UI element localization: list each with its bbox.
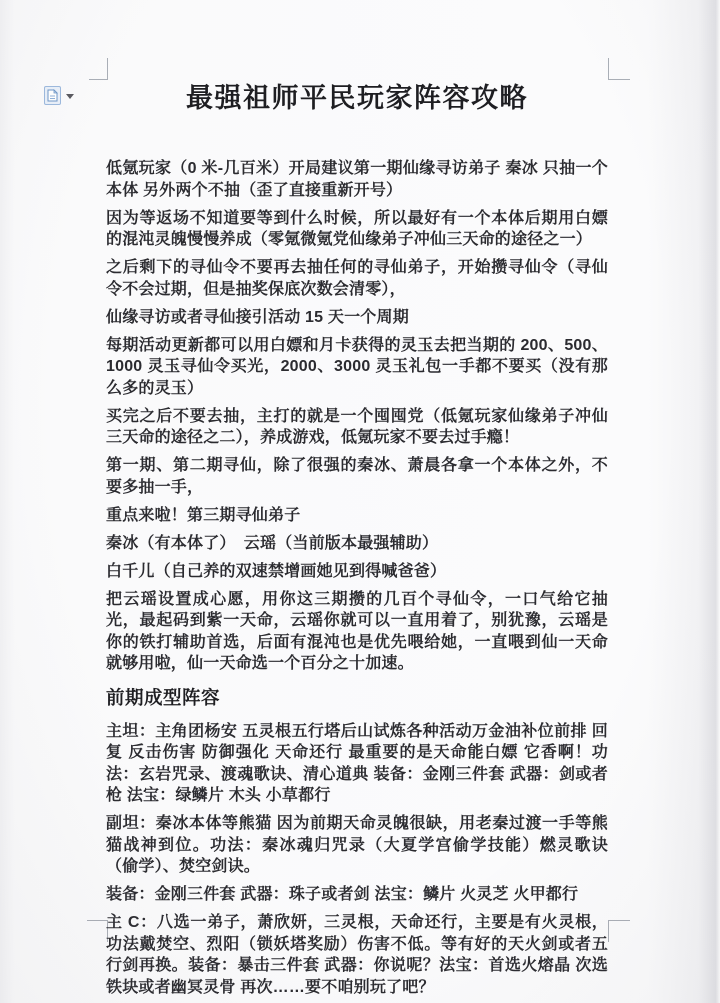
paragraph[interactable]: 主 C：八选一弟子，萧欣妍，三灵根，天命还行，主要是有火灵根，功法戴焚空、烈阳（… — [106, 912, 608, 998]
paragraph[interactable]: 副坦：秦冰本体等熊猫 因为前期天命灵魄很缺，用老秦过渡一手等熊猫战神到位。功法：… — [106, 813, 608, 878]
paragraph[interactable]: 买完之后不要去抽，主打的就是一个囤囤党（低氪玩家仙缘弟子冲仙三天命的途径之二），… — [106, 406, 608, 449]
text-boundary-mark-top-right — [608, 58, 630, 80]
paragraph[interactable]: 仙缘寻访或者寻仙接引活动 15 天一个周期 — [106, 307, 608, 329]
paragraph[interactable]: 每期活动更新都可以用白嫖和月卡获得的灵玉去把当期的 200、500、1000 灵… — [106, 335, 608, 400]
paragraph[interactable]: 把云瑶设置成心愿，用你这三期攒的几百个寻仙令，一口气给它抽光，最起码到紫一天命，… — [106, 589, 608, 675]
paragraph[interactable]: 低氪玩家（0 米-几百米）开局建议第一期仙缘寻访弟子 秦冰 只抽一个本体 另外两… — [106, 158, 608, 201]
paragraph[interactable]: 之后剩下的寻仙令不要再去抽任何的寻仙弟子，开始攒寻仙令（寻仙令不会过期，但是抽奖… — [106, 257, 608, 300]
paragraph[interactable]: 白千儿（自己养的双速禁增画她见到得喊爸爸） — [106, 561, 608, 583]
document-text-area[interactable]: 最强祖师平民玩家阵容攻略 低氪玩家（0 米-几百米）开局建议第一期仙缘寻访弟子 … — [106, 80, 608, 1003]
paragraph[interactable]: 因为等返场不知道要等到什么时候，所以最好有一个本体后期用白嫖的混沌灵魄慢慢养成（… — [106, 208, 608, 251]
text-boundary-mark-top-left — [89, 58, 108, 80]
chevron-down-icon[interactable] — [66, 94, 74, 99]
paragraph[interactable]: 秦冰（有本体了） 云瑶（当前版本最强辅助） — [106, 533, 608, 555]
document-icon[interactable] — [44, 86, 61, 105]
text-boundary-mark-bottom-left — [87, 920, 108, 942]
page-title[interactable]: 最强祖师平民玩家阵容攻略 — [106, 81, 608, 115]
text-boundary-mark-bottom-right — [608, 920, 630, 942]
document-page: 最强祖师平民玩家阵容攻略 低氪玩家（0 米-几百米）开局建议第一期仙缘寻访弟子 … — [0, 0, 720, 1003]
paragraph[interactable]: 重点来啦！第三期寻仙弟子 — [106, 505, 608, 527]
paragraph[interactable]: 主坦：主角团杨安 五灵根五行塔后山试炼各种活动万金油补位前排 回复 反击伤害 防… — [106, 721, 608, 807]
paragraph[interactable]: 装备：金刚三件套 武器：珠子或者剑 法宝：鳞片 火灵芝 火甲都行 — [106, 884, 608, 906]
paragraph[interactable]: 第一期、第二期寻仙，除了很强的秦冰、萧晨各拿一个本体之外，不要多抽一手， — [106, 455, 608, 498]
object-anchor-button[interactable] — [44, 86, 74, 105]
document-icon-glyph — [47, 89, 58, 102]
section-heading[interactable]: 前期成型阵容 — [106, 684, 608, 710]
